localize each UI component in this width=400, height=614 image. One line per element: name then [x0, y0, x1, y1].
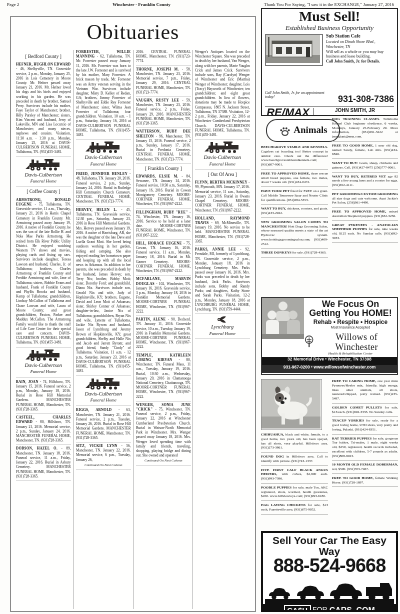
willows-services: Rehab • Respite • Hospice	[304, 320, 397, 326]
obituary-entry: DODSON, HAZEL O. - 89, Manchester, TN. J…	[16, 447, 71, 481]
must-sell-subtitle: Established Business Opportunity	[262, 26, 397, 33]
county-header: [ Out Of Area ]	[195, 172, 250, 178]
willow-tree-icon	[304, 335, 314, 348]
classified-ad-lead: EGG LAYING CHICKENS	[261, 503, 308, 507]
classified-ad-lead: FREE TO CARING HOME,	[332, 379, 378, 383]
remax-wordmark: RE/MAX	[265, 108, 311, 116]
funeral-home-name-line2: Funeral Home	[16, 369, 71, 375]
obituary-name: FILLINGHAM, RUBY "RUE"	[136, 210, 190, 214]
classified-ad: EGG LAYING CHICKENS for sale, $13 each, …	[261, 503, 328, 514]
obituary-entry: WENGER, SONIA JUNE "CRICK" - 75, Winches…	[136, 403, 191, 466]
obituary-entry: CASTEEL, CHARLES EDWARD - 80, Hillsboro,…	[16, 416, 71, 446]
business-terms: Will sell as a whole or you may buy busi…	[326, 49, 394, 59]
county-header: [ Coffee County ]	[16, 189, 71, 195]
classified-ad-lead: TEACUP YORKIES	[332, 419, 366, 423]
classified-ad: NEW GROOMING SALON COMES TO MANCHESTER! …	[261, 220, 328, 249]
car-silhouettes-icon	[265, 577, 394, 604]
obituary-entry: WATTERSON, RUBY DEE SHELTON - 96, Manche…	[136, 130, 191, 164]
obituary-entry: VAUGHN, RUSTY LEE - 59, Manchester, TN. …	[136, 98, 191, 128]
obituary-column: Wenger's Antiques located on the Winches…	[192, 50, 252, 609]
classified-ad: DOG TRAINING CLASSES. Tullahoma Kennel C…	[332, 117, 398, 141]
cash-logo: CA$H	[284, 605, 310, 612]
continued-note: Continued On Next Column	[76, 463, 131, 467]
page-number: Page 2	[7, 2, 19, 7]
classified-ad-lead: HAVE YOUR PET	[261, 189, 290, 193]
obituary-name: DODSON, HAZEL O.	[16, 447, 61, 451]
classified-list: DOG TRAINING CLASSES. Tullahoma Kennel C…	[332, 117, 398, 243]
com-word: .COM	[354, 606, 375, 612]
obituary-name: THORNE, JOSEPH M.	[136, 67, 182, 71]
obituary-name: TEMPLE, KATHLEEN LORING KIRVAN	[136, 353, 191, 362]
obituary-column: [ Bedford County ]HEFNER, HUGHLON EDWARD…	[14, 50, 73, 609]
obituary-name: PARTIN, ALENE	[136, 318, 168, 322]
obituary-entry: MCFARLANE, MARVIN DOUGLAS - 102, Winches…	[136, 277, 191, 316]
obituary-entry: ARMSTRONG, DONALD EUGENE - 75, Tullahoma…	[16, 198, 71, 348]
classified-ad-lead: 10 MONTH OLD FEMALE DOBERMAN,	[332, 463, 398, 467]
classified-ad-lead: BEECHGROVE STABLE AND KENNELS.	[261, 145, 328, 149]
classified-ad-lead: FREE TO GOOD HOME,	[332, 476, 375, 480]
obituary-entry: EDWARDS, ELSIE M. - 84, Sewanee, TN. Jan…	[136, 174, 191, 208]
obituary-name: CASTEEL, CHARLES EDWARD	[16, 416, 71, 425]
obituary-entry: SITZ, VICKIE LYNN - 56, Manchester, TN. …	[76, 444, 131, 470]
davis-funeral-home-logo: Davis-CulbertsonFuneral Home	[76, 141, 131, 169]
classified-ad-lead: WANT TO BUY,	[261, 207, 287, 211]
obituary-column-content: [ Bedford County ]HEFNER, HUGHLON EDWARD…	[16, 54, 71, 481]
classified-ad-lead: RAT TERRIER PUPPIES	[332, 436, 373, 440]
obituaries-section: Obituaries [ Bedford County ]HEFNER, HUG…	[10, 16, 256, 612]
classified-ad: WANT TO BUY, RETIRED VET age 82 needs a …	[332, 174, 398, 190]
classified-ad: PET GROOMING/CUSTOM GROOMING all size do…	[332, 192, 398, 208]
obituary-entry: FORRESTER, WILLIE MANNING - 62, Tullahom…	[76, 50, 131, 140]
animals-section-header: Animals	[266, 119, 340, 142]
cars-ad-website: CA$H FOR CARS .COM	[263, 604, 396, 612]
must-sell-ad: Must Sell! Established Business Opportun…	[261, 8, 398, 116]
willows-phone-website: 931-967-0200 • www.willowsofwinchester.c…	[262, 365, 397, 369]
cars-ad-phone: 888-524-9668	[263, 557, 396, 577]
obituary-entry: THORNE, JOSEPH M. - 58, Manchester, TN. …	[136, 67, 191, 97]
obituary-name: FORRESTER, WILLIE MANNING	[76, 50, 131, 59]
davis-funeral-home-logo: Davis-CulbertsonFuneral Home	[16, 349, 71, 377]
classified-ad: FREE TO APPROVED HOME, mixed Australian …	[332, 210, 398, 221]
classified-ad: POODLE PUPPIES for sale, male Toy, AKC r…	[261, 485, 328, 501]
obituary-entry: FRIED, JENNIFER HENLEY - 48, Tullahoma, …	[76, 172, 131, 206]
classified-ad: FOUND DOG in Hillsboro area. Call to ide…	[261, 455, 328, 466]
obituary-name: FRIED, JENNIFER HENLEY	[76, 172, 130, 176]
willows-headline-line2: Getting You HOME!	[304, 309, 397, 318]
classified-ad-lead: FREE TO APPROVED HOME,	[332, 210, 389, 214]
funeral-home-name-line2: Funeral Home	[195, 161, 250, 167]
classifieds-right-column: DOG TRAINING CLASSES. Tullahoma Kennel C…	[332, 117, 398, 295]
cars-ad-headline: Sell Your Car The Easy Way	[263, 536, 396, 557]
classified-ad: GOLDEN COMET PULLETS for sale, $13/each.…	[332, 405, 398, 416]
classified-ad-lead: GOLDEN COMET PULLETS	[332, 405, 385, 409]
obituary-entry: FLYNN, BERTHA MCKINNEY - 99, Plymouth, M…	[195, 181, 250, 215]
classified-ad-lead: FIVE FIRST CALF BLACK ANGUS HEIFERS,	[261, 468, 328, 476]
funeral-home-name-line1: Davis-Culbertson	[195, 155, 250, 162]
obituary-name: BAIN, JOAN	[16, 380, 40, 384]
davis-funeral-home-logo: Davis-CulbertsonFuneral Home	[16, 158, 71, 186]
classified-ad: GREAT PYRENEES - ANATOLIAN SHEPHERD PUPP…	[332, 223, 398, 243]
davis-funeral-home-logo: Davis-CulbertsonFuneral Home	[195, 141, 250, 169]
newspaper-page: Page 2 Winchester - Franklin County Than…	[0, 0, 400, 614]
obituary-column-content: 2016. CENTRAL FUNERAL HOME, Manchester, …	[136, 50, 191, 466]
obituary-name: WATTERSON, RUBY DEE SHELTON	[136, 130, 191, 139]
classified-list: FREE TO CARING HOME, one year male Pyren…	[332, 379, 398, 487]
classified-ad: RAT TERRIER PUPPIES for sale, gorgeous T…	[332, 436, 398, 460]
for-word: FOR	[313, 607, 328, 612]
classified-ad: FREE TO APPROVED HOME, three rescue smal…	[261, 171, 328, 187]
classified-ad-lead: PET GROOMING/CUSTOM GROOMING	[332, 192, 398, 196]
classified-ad-lead: CHIHUAHUA,	[261, 433, 285, 437]
train-engine-icon	[84, 141, 122, 154]
remax-logo: RE/MAX Mountain Views Realty 967-8999 or…	[265, 108, 311, 116]
agent-name: JOHN SMITH, JR	[316, 108, 394, 114]
must-sell-headline: Must Sell!	[262, 11, 397, 26]
obituary-entry: RIGGS, ARNOLD - 63, Manchester, TN. Janu…	[76, 408, 131, 442]
davis-funeral-home-logo: Davis-CulbertsonFuneral Home	[76, 377, 131, 405]
classified-ad: FREE TO GOOD HOME, female Walking Horse.…	[332, 476, 398, 487]
classified-ad: BEECHGROVE STABLE AND KENNELS. Cageless …	[261, 145, 328, 169]
building-photo	[265, 34, 323, 66]
masthead-slogan-date: Thank You For Saying, "I saw it in the E…	[264, 2, 394, 7]
funeral-home-name-line1: Davis-Culbertson	[76, 155, 131, 162]
obituary-column-content: Wenger's Antiques located on the Winches…	[195, 50, 250, 339]
cash-for-cars-ad: Sell Your Car The Easy Way 888-524-9668 …	[261, 531, 398, 612]
classified-ad: THREE DONKEYS for sale. (931)728-4363.	[261, 251, 328, 258]
classifieds-right-column-lower: FREE TO CARING HOME, one year male Pyren…	[332, 379, 398, 529]
edition-title: Winchester - Franklin County	[112, 2, 170, 7]
willows-name: Willows of Winchester	[316, 332, 397, 352]
classified-ad-lead: FREE TO APPROVED HOME,	[261, 171, 311, 175]
flower-ornament-icon	[215, 316, 230, 324]
obituary-column: FORRESTER, WILLIE MANNING - 62, Tullahom…	[73, 50, 133, 609]
obituary-name: VAUGHN, RUSTY LEE	[136, 98, 182, 102]
train-engine-icon	[24, 158, 62, 171]
classified-ad: WANT TO BUY, chickens, roosters, and goa…	[261, 207, 328, 218]
classified-ad-lead: FOUND DOG	[261, 455, 287, 459]
classified-list: CHIHUAHUA, black and white, female, to a…	[261, 379, 328, 514]
business-contact: Call John Smith, Jr. for Details.	[326, 59, 394, 64]
animals-header-label: Animals	[294, 126, 328, 136]
obituary-columns: [ Bedford County ]HEFNER, HUGHLON EDWARD…	[14, 50, 252, 609]
obituary-name: HOLLAND, RAYMOND TRAVIS	[195, 216, 250, 225]
obituary-entry: PARKS, ANNIE LEE - 92, Ferndale, MI, for…	[195, 248, 250, 315]
obituary-entry: HEFNER, HUGHLON EDWARD - 46, Shelbyville…	[16, 63, 71, 157]
obituary-name: ARMSTRONG, DONALD EUGENE	[16, 198, 71, 207]
funeral-home-name-line2: Funeral Home	[195, 331, 250, 337]
obituary-name: WENGER, SONIA JUNE "CRICK"	[136, 403, 191, 412]
classified-ad-lead: NEW GROOMING SALON COMES TO MANCHESTER!	[261, 220, 328, 228]
classified-ad: WANT TO BUY: Goats, sheep, chickens and …	[332, 161, 398, 172]
classified-ad: FIVE FIRST CALF BLACK ANGUS HEIFERS, wit…	[261, 468, 328, 484]
obituary-name: PARKS, ANNIE LEE	[195, 248, 240, 252]
obituary-name: FLYNN, BERTHA MCKINNEY	[195, 181, 249, 185]
classified-ad: FREE TO CARING HOME, one year male Pyren…	[332, 379, 398, 403]
classified-ad-lead: DOG TRAINING CLASSES.	[332, 117, 383, 121]
willows-address: 32 Memorial Drive • Winchester, TN 37398	[262, 357, 397, 361]
classified-ad: FREE TO GOOD HOME, 1 year old dog, named…	[332, 143, 398, 159]
obituary-entry: 2016. CENTRAL FUNERAL HOME, Manchester, …	[136, 50, 191, 66]
obituary-entry: HOLLAND, RAYMOND TRAVIS - 69, McMinnvill…	[195, 216, 250, 246]
classifieds-left-column-lower: CHIHUAHUA, black and white, female, to a…	[261, 379, 328, 529]
classified-list: BEECHGROVE STABLE AND KENNELS. Cageless …	[261, 145, 328, 258]
funeral-home-name-line1: Lynchburg	[195, 324, 250, 331]
funeral-home-name-line2: Funeral Home	[76, 161, 131, 167]
obituary-entry: HERVEY, HELEN L. - 45, Tullahoma, TN. Gr…	[76, 208, 131, 376]
obituary-column-content: FORRESTER, WILLIE MANNING - 62, Tullahom…	[76, 50, 131, 470]
obituary-entry: TEMPLE, KATHLEEN LORING KIRVAN - 80, Win…	[136, 353, 191, 401]
classified-ad: 10 MONTH OLD FEMALE DOBERMAN, red, $500.…	[332, 463, 398, 474]
classified-ad-lead: POODLE PUPPIES	[261, 485, 293, 489]
continued-note: Continued On Next Column	[136, 459, 191, 463]
funeral-home-name-line2: Funeral Home	[76, 397, 131, 403]
obituary-name: EDWARDS, ELSIE M.	[136, 174, 182, 178]
train-engine-icon	[84, 377, 122, 390]
obituary-entry: Wenger's Antiques located on the Winches…	[195, 50, 250, 140]
funeral-home-name-line1: Davis-Culbertson	[76, 391, 131, 398]
classifieds-left-column: BEECHGROVE STABLE AND KENNELS. Cageless …	[261, 145, 328, 295]
obituary-name: HEFNER, HUGHLON EDWARD	[16, 63, 71, 67]
appointment-note: Call John Smith, Jr. for an appointment …	[265, 91, 327, 99]
agent-company: Realty & Auction Co.	[316, 113, 394, 116]
lynchburg-funeral-home-logo: LynchburgFuneral Home	[195, 316, 250, 339]
cars-word: CARS	[329, 606, 352, 612]
funeral-home-name-line1: Davis-Culbertson	[16, 172, 71, 179]
classified-ad-lead: WANT TO BUY, RETIRED VET	[332, 174, 388, 178]
obituary-name: MCFARLANE, MARVIN DOUGLAS	[136, 277, 191, 286]
classified-ad-lead: THREE DONKEYS	[261, 251, 292, 255]
train-engine-icon	[204, 141, 242, 154]
obituary-entry: FILLINGHAM, RUBY "RUE" - 74, Winchester,…	[136, 210, 191, 240]
obituary-name: RIGGS, ARNOLD	[76, 408, 118, 412]
obituary-entry: BAIN, JOAN - 74, Hillsboro, TN. January …	[16, 380, 71, 414]
obituary-name: SITZ, VICKIE LYNN	[76, 444, 121, 448]
classified-ad: TEACUP YORKIES for sale, ready for a goo…	[332, 419, 398, 435]
county-header: [ Bedford County ]	[16, 54, 71, 60]
obituary-entry: PARTIN, ALENE - 90, Decherd, TN. January…	[136, 318, 191, 352]
paw-icon	[279, 125, 291, 137]
county-header: [ Franklin County ]	[136, 166, 191, 172]
classified-ad-lead: GREAT PYRENEES - ANATOLIAN SHEPHERD PUPP…	[332, 223, 398, 231]
obituary-name: HERVEY, HELEN L.	[76, 208, 121, 212]
classified-ad-lead: WANT TO BUY:	[332, 161, 359, 165]
residents-photo	[262, 298, 304, 339]
funeral-home-name-line1: Davis-Culbertson	[16, 362, 71, 369]
obituaries-title: Obituaries	[11, 20, 255, 45]
business-location: Located on Dinah Shore Blvd., Winchester…	[326, 40, 394, 50]
willows-insurance-note: Most Insurance Accepted	[304, 326, 397, 330]
agent-phone-number: 931-308-7386	[338, 94, 394, 104]
obituary-entry: HILL, HORACE EUGENE - 75, Cowan, TN. Jan…	[136, 241, 191, 275]
obituary-name: HILL, HORACE EUGENE	[136, 241, 184, 245]
train-engine-icon	[24, 349, 62, 362]
classified-ad-lead: FREE TO GOOD HOME,	[332, 143, 375, 147]
funeral-home-name-line2: Funeral Home	[16, 178, 71, 184]
classified-ad: HAVE YOUR PET fixed for FREE on a grant.…	[261, 189, 328, 205]
willows-tagline: Health & Rehabilitation Center	[304, 352, 397, 356]
obituary-column: 2016. CENTRAL FUNERAL HOME, Manchester, …	[133, 50, 193, 609]
dog-photo	[261, 379, 322, 430]
classified-ad: CHIHUAHUA, black and white, female, to a…	[261, 433, 328, 453]
willows-rehab-ad: We Focus On Getting You HOME! Rehab • Re…	[261, 297, 398, 375]
